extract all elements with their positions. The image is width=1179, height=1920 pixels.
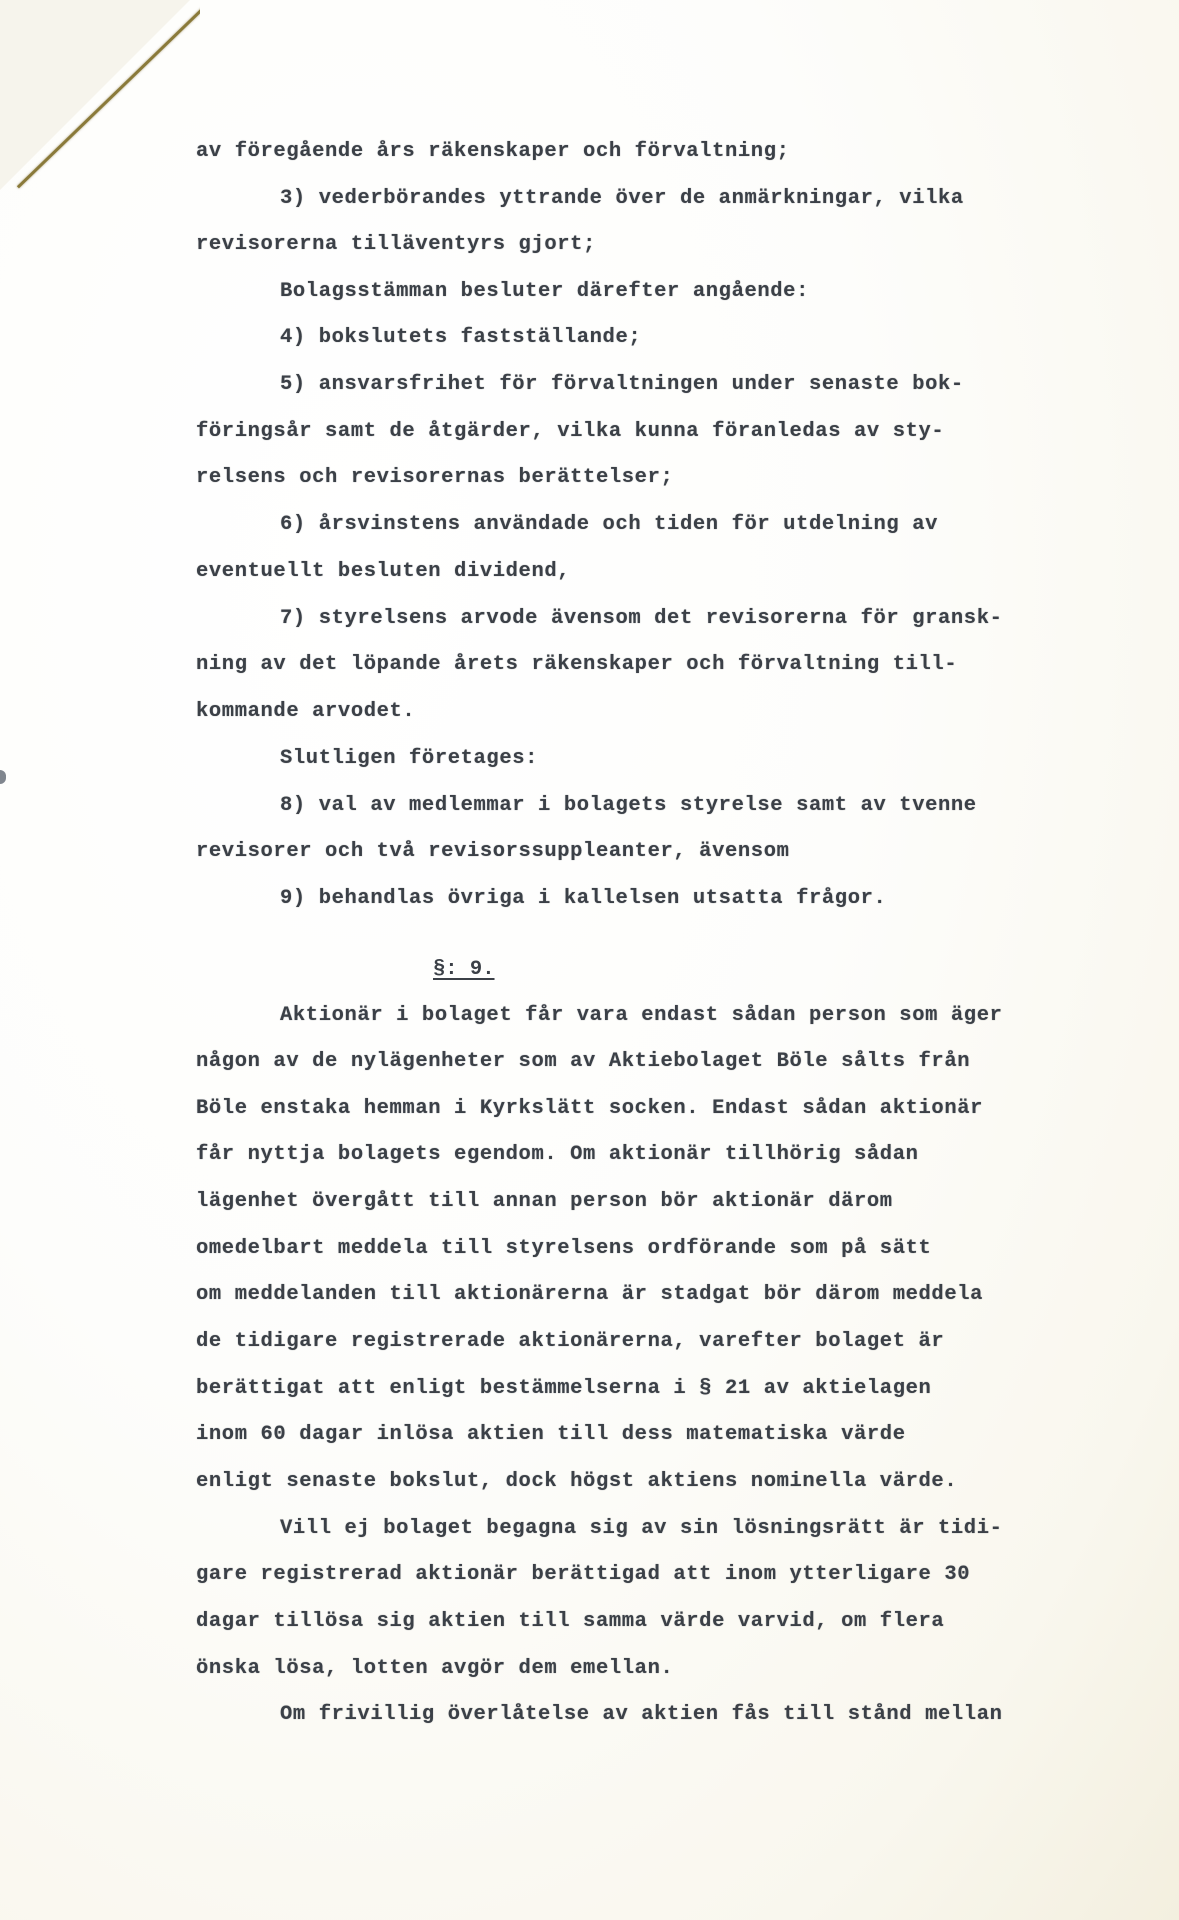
text-line: föringsår samt de åtgärder, vilka kunna … xyxy=(196,420,944,444)
text-line: lägenhet övergått till annan person bör … xyxy=(196,1190,893,1214)
text-line: eventuellt besluten dividend, xyxy=(196,560,570,584)
text-line: Slutligen företages: xyxy=(280,747,538,771)
text-line: relsens och revisorernas berättelser; xyxy=(196,466,673,490)
text-line: önska lösa, lotten avgör dem emellan. xyxy=(196,1657,673,1681)
text-line: 8) val av medlemmar i bolagets styrelse … xyxy=(280,794,977,818)
text-line: revisorerna tilläventyrs gjort; xyxy=(196,233,596,257)
text-line: någon av de nylägenheter som av Aktiebol… xyxy=(196,1050,970,1074)
text-line: av föregående års räkenskaper och förval… xyxy=(196,140,790,164)
text-line: revisorer och två revisorssuppleanter, ä… xyxy=(196,840,790,864)
text-line: Bolagsstämman besluter därefter angående… xyxy=(280,280,809,304)
section-heading: §: 9. xyxy=(433,958,495,981)
text-line: 4) bokslutets fastställande; xyxy=(280,326,641,350)
text-line: gare registrerad aktionär berättigad att… xyxy=(196,1563,970,1587)
text-line: berättigat att enligt bestämmelserna i §… xyxy=(196,1377,931,1401)
text-line: 6) årsvinstens användade och tiden för u… xyxy=(280,513,938,537)
text-line: omedelbart meddela till styrelsens ordfö… xyxy=(196,1237,931,1261)
text-line: Böle enstaka hemman i Kyrkslätt socken. … xyxy=(196,1097,983,1121)
text-line: ning av det löpande årets räkenskaper oc… xyxy=(196,653,957,677)
text-line: 5) ansvarsfrihet för förvaltningen under… xyxy=(280,373,964,397)
text-line: de tidigare registrerade aktionärerna, v… xyxy=(196,1330,944,1354)
typewritten-page: §: 9. av föregående års räkenskaper och … xyxy=(0,0,1179,1920)
text-line: Aktionär i bolaget får vara endast sådan… xyxy=(280,1004,1003,1028)
text-line: kommande arvodet. xyxy=(196,700,415,724)
text-line: får nyttja bolagets egendom. Om aktionär… xyxy=(196,1143,919,1167)
text-line: 9) behandlas övriga i kallelsen utsatta … xyxy=(280,887,886,911)
text-line: 7) styrelsens arvode ävensom det revisor… xyxy=(280,607,1003,631)
text-line: enligt senaste bokslut, dock högst aktie… xyxy=(196,1470,957,1494)
text-line: inom 60 dagar inlösa aktien till dess ma… xyxy=(196,1423,906,1447)
text-line: 3) vederbörandes yttrande över de anmärk… xyxy=(280,187,964,211)
text-line: dagar tillösa sig aktien till samma värd… xyxy=(196,1610,944,1634)
text-line: om meddelanden till aktionärerna är stad… xyxy=(196,1283,983,1307)
text-line: Om frivillig överlåtelse av aktien fås t… xyxy=(280,1703,1003,1727)
text-line: Vill ej bolaget begagna sig av sin lösni… xyxy=(280,1517,1003,1541)
